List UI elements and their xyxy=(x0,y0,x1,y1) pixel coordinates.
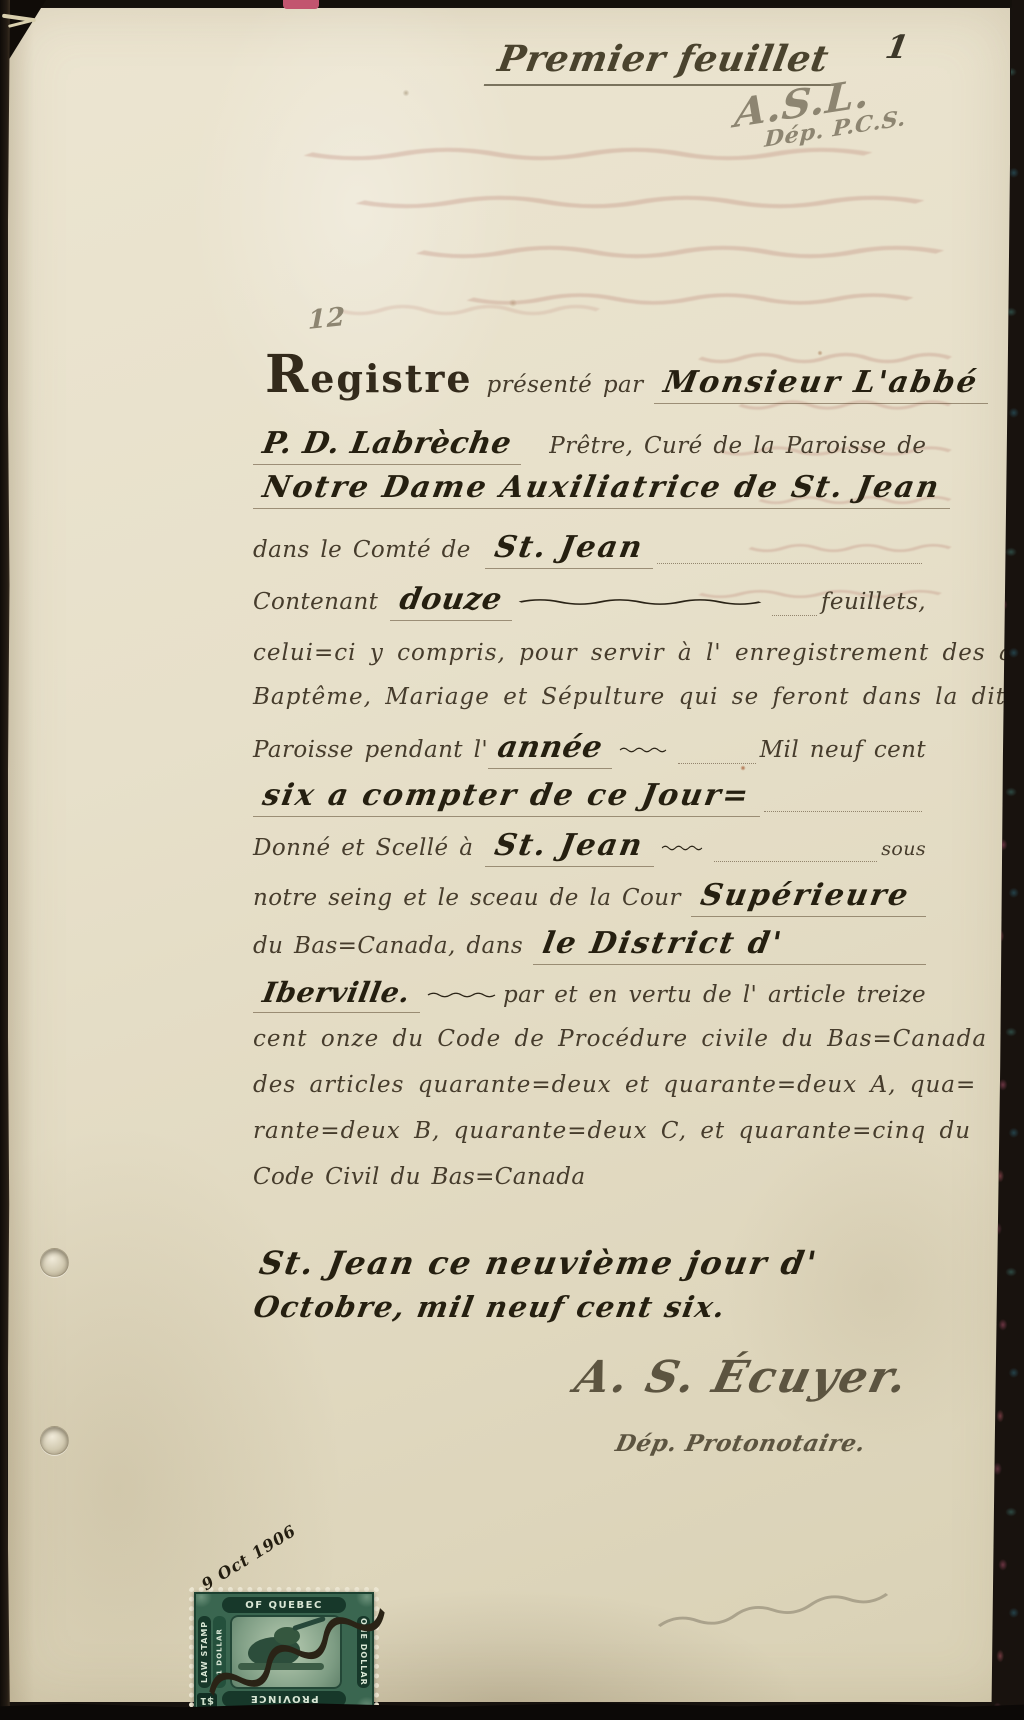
ruled-line xyxy=(764,809,922,812)
handwritten-entry: Monsieur L'abbé xyxy=(660,365,980,400)
printed-text: Contenant xyxy=(253,589,378,615)
printed-text: Mil neuf cent xyxy=(760,737,926,763)
printed-text: Baptême, Mariage et Sépulture qui se fer… xyxy=(253,684,1021,710)
form-line-1: Registre présenté par Monsieur L'abbé xyxy=(253,344,926,405)
closing-place-date-line1: St. Jean ce neuvième jour d' xyxy=(257,1244,821,1282)
signature: A. S. Écuyer. xyxy=(570,1352,914,1403)
handwritten-blank: six a compter de ce Jour= xyxy=(253,778,760,817)
handwritten-entry: douze xyxy=(397,582,505,617)
page-number: 1 xyxy=(883,28,913,66)
handwritten-entry: le District d' xyxy=(540,926,786,961)
form-line-13: Iberville. par et en vertu de l' article… xyxy=(253,976,926,1013)
pencil-scribble xyxy=(657,1580,889,1640)
printed-text: Paroisse pendant l' xyxy=(253,737,488,763)
ink-flourish xyxy=(428,990,495,1000)
ink-bleedthrough-mark xyxy=(338,300,598,320)
handwritten-blank: Monsieur L'abbé xyxy=(654,365,988,404)
handwritten-blank: St. Jean xyxy=(485,530,654,569)
ink-flourish xyxy=(520,596,760,608)
closing-place-date-line2: Octobre, mil neuf cent six. xyxy=(251,1290,729,1324)
binding-pink-mark xyxy=(283,0,319,9)
form-line-15: des articles quarante=deux et quarante=d… xyxy=(253,1072,926,1098)
printed-text: Code Civil du Bas=Canada xyxy=(253,1164,585,1190)
printed-text: Donné et Scellé à xyxy=(253,835,473,861)
form-line-8: Paroisse pendant l' année Mil neuf cent xyxy=(253,730,926,769)
printed-text: feuillets, xyxy=(821,589,926,615)
printed-text: du Bas=Canada, dans xyxy=(253,933,523,959)
handwritten-entry: six a compter de ce Jour= xyxy=(260,778,753,813)
printed-text: Prêtre, Curé de la Paroisse de xyxy=(549,433,926,459)
ink-flourish xyxy=(620,745,666,755)
ruled-line xyxy=(772,613,817,616)
handwritten-blank: Notre Dame Auxiliatrice de St. Jean xyxy=(253,470,950,509)
handwritten-entry: année xyxy=(495,730,605,765)
handwritten-entry: St. Jean xyxy=(492,828,647,863)
form-line-11: notre seing et le sceau de la Cour Supér… xyxy=(253,878,926,917)
handwritten-blank: Supérieure xyxy=(691,878,926,917)
punch-hole-bottom xyxy=(40,1426,69,1455)
handwritten-entry: Supérieure xyxy=(698,878,913,913)
printed-text: présenté par xyxy=(487,372,644,398)
form-line-10: Donné et Scellé à St. Jean sous xyxy=(253,828,926,867)
printed-text: des articles quarante=deux et quarante=d… xyxy=(253,1072,976,1098)
form-line-5: Contenant douze feuillets, xyxy=(253,582,926,621)
form-line-9: six a compter de ce Jour= xyxy=(253,778,926,817)
printed-text: rante=deux B, quarante=deux C, et quaran… xyxy=(253,1118,971,1144)
form-line-4: dans le Comté de St. Jean xyxy=(253,530,926,569)
form-line-14: cent onze du Code de Procédure civile du… xyxy=(253,1026,926,1052)
handwritten-entry: St. Jean xyxy=(492,530,647,565)
form-line-17: Code Civil du Bas=Canada xyxy=(253,1164,926,1190)
punch-hole-top xyxy=(40,1248,69,1277)
printed-text: notre seing et le sceau de la Cour xyxy=(253,885,681,911)
paper-sheet: Premier feuillet 1 A.S.L. Dép. P.C.S. 12… xyxy=(8,8,1010,1702)
form-line-7: Baptême, Mariage et Sépulture qui se fer… xyxy=(253,684,926,710)
folio-label: Premier feuillet xyxy=(484,38,842,86)
printed-text: sous xyxy=(881,838,926,860)
ink-bleedthrough-mark xyxy=(420,240,940,264)
pencil-note: 12 xyxy=(308,302,346,336)
handwritten-entry: Iberville. xyxy=(260,976,413,1009)
handwritten-blank: P. D. Labrèche xyxy=(253,426,521,465)
printed-text: cent onze du Code de Procédure civile du… xyxy=(253,1026,1024,1052)
signature-title: Dép. Protonotaire. xyxy=(613,1430,868,1457)
ink-bleedthrough-mark xyxy=(360,190,920,214)
form-line-6: celui=ci y compris, pour servir à l' enr… xyxy=(253,640,926,666)
form-line-3: Notre Dame Auxiliatrice de St. Jean xyxy=(253,470,926,509)
printed-text: par et en vertu de l' article treize xyxy=(503,982,926,1008)
stamp-top-text: OF QUEBEC xyxy=(245,1600,323,1611)
printed-text: dans le Comté de xyxy=(253,537,471,563)
form-line-2: P. D. Labrèche Prêtre, Curé de la Parois… xyxy=(253,426,926,465)
form-line-16: rante=deux B, quarante=deux C, et quaran… xyxy=(253,1118,926,1144)
ink-flourish xyxy=(662,843,702,853)
form-line-12: du Bas=Canada, dans le District d' xyxy=(253,926,926,965)
law-stamp: OF QUEBEC PROVINCE LAW STAMP 1 DOLLAR ON… xyxy=(194,1592,374,1712)
handwritten-blank: année xyxy=(488,730,612,769)
handwritten-blank: le District d' xyxy=(533,926,926,965)
printed-registre-heading: Registre xyxy=(253,344,473,405)
handwritten-blank: St. Jean xyxy=(485,828,654,867)
binding-thread xyxy=(2,12,42,32)
scanned-register-page: Premier feuillet 1 A.S.L. Dép. P.C.S. 12… xyxy=(0,0,1024,1720)
handwritten-entry: Notre Dame Auxiliatrice de St. Jean xyxy=(260,470,943,505)
handwritten-blank: Iberville. xyxy=(253,976,420,1013)
handwritten-blank: douze xyxy=(390,582,512,621)
ruled-line xyxy=(678,761,755,764)
ruled-line xyxy=(714,859,877,862)
stamp-cancellation: 9 Oct 1906 xyxy=(198,1521,300,1594)
printed-text: celui=ci y compris, pour servir à l' enr… xyxy=(253,640,1024,666)
ruled-line xyxy=(657,561,922,564)
handwritten-entry: P. D. Labrèche xyxy=(260,426,514,461)
